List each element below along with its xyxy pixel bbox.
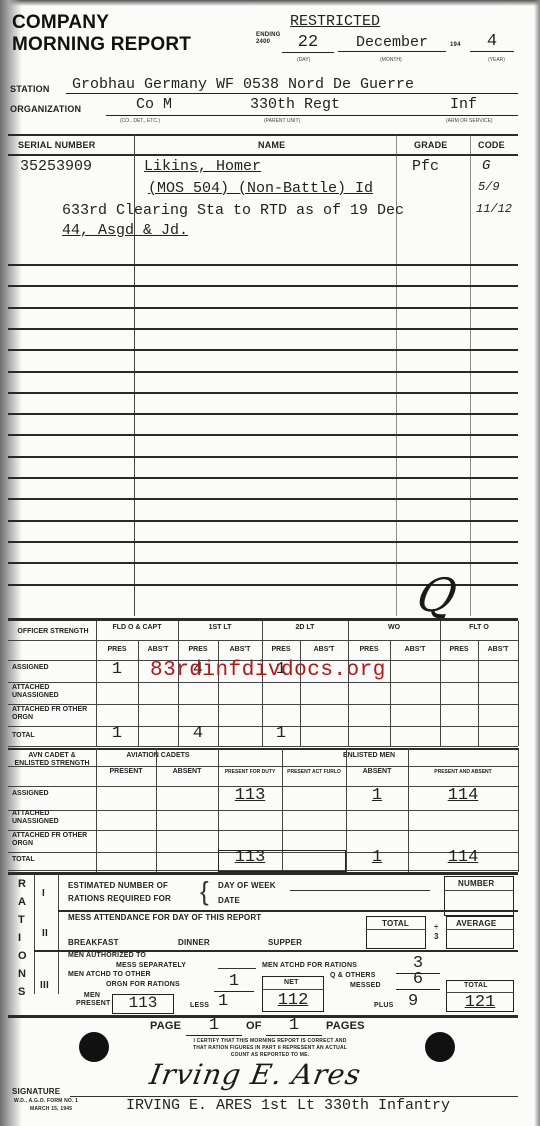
pw-others-label-2: MESSED	[350, 982, 381, 989]
divider	[444, 890, 514, 891]
parent-caption: (PARENT UNIT)	[264, 118, 300, 124]
men-atchd-rations-label: MEN ATCHD FOR RATIONS	[262, 962, 357, 969]
ruled-line	[8, 285, 518, 287]
rations-side-letter: R	[18, 878, 26, 890]
officer-sub-header: PRES	[262, 646, 300, 654]
arm-value: Inf	[450, 96, 477, 113]
officer-total-cell: 4	[178, 724, 218, 743]
punch-hole-right	[425, 1032, 455, 1062]
officer-sub-header: ABS'T	[390, 646, 440, 654]
year-caption: (YEAR)	[488, 57, 505, 63]
divide-label: ÷ 3	[434, 922, 442, 942]
enlisted-assigned-cell: 114	[408, 786, 518, 805]
officer-sub-header: PRES	[178, 646, 218, 654]
aviation-cadets-header: AVIATION CADETS	[98, 752, 218, 760]
breakfast-label: BREAKFAST	[68, 938, 119, 947]
officer-total-cell: 1	[96, 724, 138, 743]
ruled-line	[8, 541, 518, 543]
enlisted-assigned-cell: 113	[218, 786, 282, 805]
section-ii: II	[42, 928, 48, 939]
entry-grade: Pfc	[412, 158, 439, 175]
ruled-line	[8, 434, 518, 436]
company-value: Co M	[136, 96, 172, 113]
day-of-week-field[interactable]	[290, 890, 430, 891]
month-caption: (MONTH)	[380, 57, 402, 63]
divider	[366, 929, 426, 930]
officer-group-header: WO	[348, 624, 440, 632]
men-atchd-other-label-2: ORGN FOR RATIONS	[106, 981, 180, 988]
grid-line	[300, 640, 301, 746]
ruled-line	[8, 349, 518, 351]
officer-group-header: FLT O	[440, 624, 518, 632]
officer-total-cell: 1	[262, 724, 300, 743]
col-divider	[470, 134, 471, 616]
average-label: AVERAGE	[456, 919, 496, 928]
officer-group-header: 2D LT	[262, 624, 348, 632]
less-value: 1	[218, 992, 228, 1011]
form-title-line2: MORNING REPORT	[12, 34, 191, 55]
organization-label: ORGANIZATION	[10, 104, 81, 114]
header-code: CODE	[478, 140, 505, 150]
date-label: DATE	[218, 896, 240, 905]
grid-line	[138, 640, 139, 746]
certify-line-2: THAT RATION FIGURES IN PART II REPRESENT…	[140, 1045, 400, 1052]
officer-sub-header: PRES	[96, 646, 138, 654]
ruled-line	[8, 307, 518, 309]
mess-separately-field[interactable]	[218, 968, 256, 969]
officer-row-label: ATTACHED FR OTHER ORGN	[12, 706, 92, 722]
rations-side-letter: O	[18, 950, 27, 962]
men-present-value: 113	[112, 994, 174, 1012]
enlisted-assigned-cell: 1	[346, 786, 408, 805]
form-title-line1: COMPANY	[12, 12, 109, 33]
ruled-line	[8, 328, 518, 330]
enlisted-row-label: ASSIGNED	[12, 790, 92, 798]
men-atchd-other-label: MEN ATCHD TO OTHER	[68, 971, 151, 978]
report-year: 4	[470, 32, 514, 52]
pw-others-value: 6	[396, 970, 440, 990]
officer-assigned-cell: 1	[96, 660, 138, 679]
rations-total-label: TOTAL	[464, 982, 488, 989]
certify-text: I CERTIFY THAT THIS MORNING REPORT IS CO…	[140, 1038, 400, 1059]
scan-edge-top	[0, 0, 540, 6]
entry-line-2: (MOS 504) (Non-Battle) Id	[148, 180, 373, 197]
ruled-line	[8, 413, 518, 415]
divider	[446, 929, 514, 930]
ruled-line	[8, 264, 518, 266]
enlisted-col-header: PRESENT	[96, 768, 156, 776]
divider	[8, 872, 518, 875]
enlisted-total-cell: 114	[408, 848, 518, 867]
rations-side-letter: N	[18, 968, 26, 980]
officer-sub-header: PRES	[348, 646, 390, 654]
officer-sub-header: ABS'T	[478, 646, 518, 654]
grid-line	[440, 621, 441, 746]
entry-code: G	[482, 158, 490, 174]
arm-caption: (ARM OR SERVICE)	[446, 118, 493, 124]
rations-side-letter: S	[18, 986, 26, 998]
entry-line-3: 633rd Clearing Sta to RTD as of 19 Dec	[62, 202, 404, 219]
ruled-line	[8, 456, 518, 458]
initial-mark: Q	[412, 568, 461, 622]
grid-line	[156, 748, 157, 872]
officer-sub-header: ABS'T	[138, 646, 178, 654]
total-outline-box	[218, 850, 346, 872]
enlisted-col-header: ABSENT	[346, 768, 408, 776]
officer-row-label: ASSIGNED	[12, 664, 92, 672]
form-ref-1: W.D., A.G.O. FORM NO. 1	[14, 1098, 78, 1104]
enlisted-row-label: ATTACHED UNASSIGNED	[12, 810, 92, 826]
enlisted-row-label: ATTACHED FR OTHER ORGN	[12, 832, 92, 848]
pages-label: PAGES	[326, 1020, 365, 1032]
page-value: 1	[186, 1016, 242, 1036]
men-atchd-other-value: 1	[214, 972, 254, 992]
dinner-label: DINNER	[178, 938, 210, 947]
officer-sub-header: ABS'T	[300, 646, 348, 654]
total-label: TOTAL	[382, 919, 409, 928]
officer-group-header: FLD O & CAPT	[96, 624, 178, 632]
plus-label: PLUS	[374, 1002, 393, 1009]
station-label: STATION	[10, 84, 50, 94]
enlisted-men-header: ENLISTED MEN	[220, 752, 518, 760]
grid-line	[518, 748, 519, 872]
day-of-week-label: DAY OF WEEK	[218, 881, 276, 890]
header-name: NAME	[258, 140, 285, 150]
divider	[8, 618, 518, 621]
number-label: NUMBER	[458, 879, 494, 888]
morning-report-document: COMPANY MORNING REPORT RESTRICTED ENDING…	[0, 0, 540, 1126]
pw-others-label: Q & OTHERS	[330, 972, 376, 979]
divider	[8, 748, 518, 750]
parent-unit-value: 330th Regt	[250, 96, 340, 113]
grid-line	[390, 640, 391, 746]
form-ref-2: MARCH 15, 1945	[30, 1106, 72, 1112]
grid-line	[96, 748, 97, 872]
punch-hole-left	[79, 1032, 109, 1062]
men-present-label: MEN PRESENT	[76, 992, 108, 1008]
grid-line	[518, 621, 519, 746]
men-auth-label: MEN AUTHORIZED TO	[68, 952, 146, 959]
grid-line	[8, 682, 518, 683]
signer-name: IRVING E. ARES 1st Lt 330th Infantry	[126, 1097, 450, 1114]
rations-side-letter: A	[18, 896, 26, 908]
officer-group-header: 1ST LT	[178, 624, 262, 632]
enlisted-total-cell: 1	[346, 848, 408, 867]
certify-line-1: I CERTIFY THAT THIS MORNING REPORT IS CO…	[140, 1038, 400, 1045]
officer-sub-header: PRES	[440, 646, 478, 654]
ruled-line	[8, 371, 518, 373]
day-caption: (DAY)	[297, 57, 310, 63]
enlisted-col-header: PRESENT FOR DUTY	[218, 768, 282, 776]
ruled-line	[8, 392, 518, 394]
brace: {	[200, 876, 209, 907]
officer-strength-title: OFFICER STRENGTH	[16, 628, 90, 636]
section-iii: III	[40, 980, 49, 991]
grid-line	[478, 640, 479, 746]
year-prefix: 194	[450, 42, 461, 48]
entry-code-3: 11/12	[476, 202, 512, 216]
report-day: 22	[282, 33, 334, 53]
section-i: I	[42, 888, 45, 899]
signature-script: Irving E. Ares	[147, 1058, 364, 1091]
officer-row-label: ATTACHED UNASSIGNED	[12, 684, 92, 700]
page-label: PAGE	[150, 1020, 181, 1032]
grid-line	[8, 746, 518, 747]
col-divider	[34, 874, 35, 994]
header-grade: GRADE	[414, 140, 448, 150]
ruled-line	[8, 562, 518, 564]
ruled-line	[8, 477, 518, 479]
entry-name: Likins, Homer	[144, 158, 261, 175]
rations-side-letter: T	[18, 914, 25, 926]
estimated-label: ESTIMATED NUMBER OF	[68, 881, 168, 890]
ending-label: ENDING 2400	[256, 32, 278, 46]
signature-label: SIGNATURE	[12, 1087, 60, 1096]
grid-line	[8, 766, 518, 767]
enlisted-col-header: PRESENT ACT FURLO	[282, 768, 346, 776]
classification: RESTRICTED	[290, 13, 380, 30]
header-serial: SERIAL NUMBER	[18, 140, 95, 150]
officer-row-label: TOTAL	[12, 732, 92, 740]
scan-edge-right	[534, 0, 540, 1126]
less-label: LESS	[190, 1002, 209, 1009]
report-month: December	[338, 34, 446, 52]
divider	[8, 134, 518, 136]
enlisted-col-header: ABSENT	[156, 768, 218, 776]
col-divider	[58, 874, 59, 994]
grid-line	[8, 830, 518, 831]
estimated-label-2: RATIONS REQUIRED FOR	[68, 894, 171, 903]
rations-side-letter: I	[18, 932, 21, 944]
men-auth-label-2: MESS SEPARATELY	[116, 962, 186, 969]
entry-serial: 35253909	[20, 158, 92, 175]
grid-line	[348, 621, 349, 746]
station-value: Grobhau Germany WF 0538 Nord De Guerre	[66, 76, 518, 94]
grid-line	[8, 640, 518, 641]
mess-attendance-label: MESS ATTENDANCE FOR DAY OF THIS REPORT	[68, 913, 261, 922]
rations-total-value: 121	[446, 993, 514, 1012]
pages-value: 1	[266, 1016, 322, 1036]
enlisted-row-label: TOTAL	[12, 856, 92, 864]
divider	[58, 910, 518, 912]
divider	[8, 154, 518, 156]
net-value: 112	[262, 991, 324, 1010]
plus-value: 9	[408, 992, 418, 1011]
of-label: OF	[246, 1020, 262, 1032]
entry-code-2: 5/9	[478, 180, 500, 194]
ruled-line	[8, 498, 518, 500]
grid-line	[218, 640, 219, 746]
ruled-line	[8, 520, 518, 522]
enlisted-col-header: PRESENT AND ABSENT	[408, 768, 518, 776]
divider	[262, 989, 324, 990]
officer-sub-header: ABS'T	[218, 646, 262, 654]
net-label: NET	[284, 979, 299, 986]
supper-label: SUPPER	[268, 938, 302, 947]
company-caption: (CO., DET., ETC.)	[120, 118, 160, 124]
grid-line	[8, 704, 518, 705]
entry-line-4: 44, Asgd & Jd.	[62, 222, 188, 239]
divider	[8, 1015, 518, 1018]
watermark: 83rdinfdivdocs.org	[150, 659, 386, 682]
